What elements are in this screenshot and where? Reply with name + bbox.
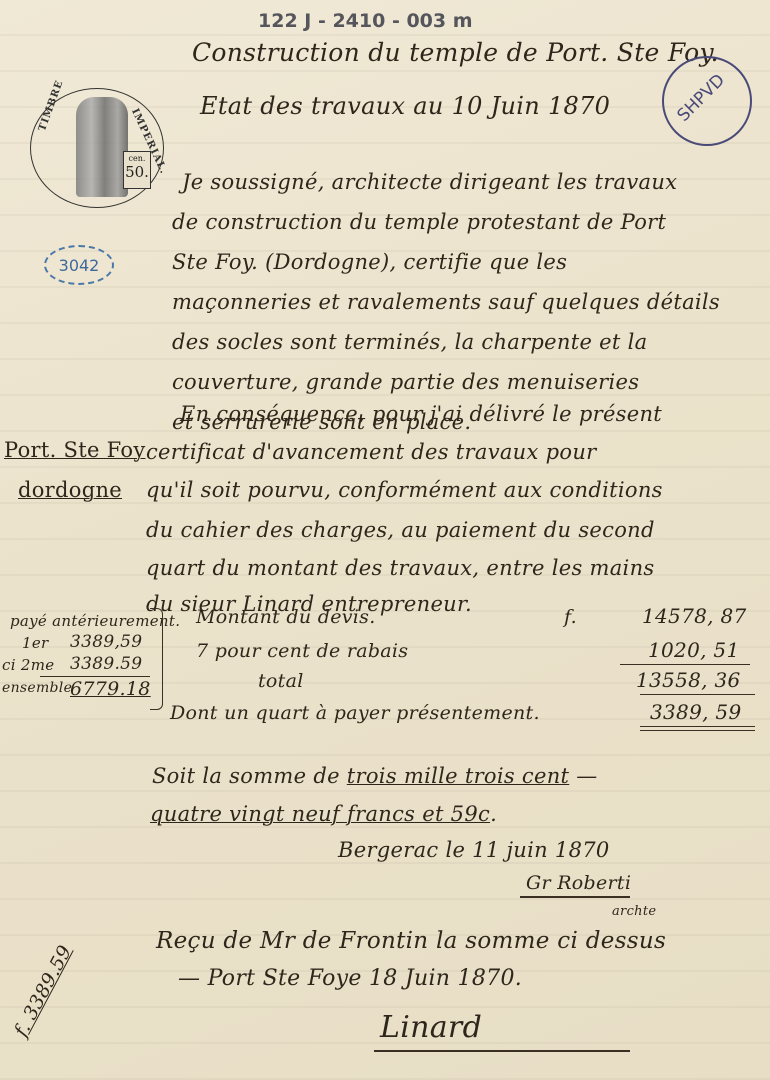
body-line: du cahier des charges, au paiement du se… — [146, 518, 655, 542]
receipt-line: — Port Ste Foye 18 Juin 1870. — [178, 966, 522, 991]
side-note-total: 6779.18 — [70, 678, 151, 700]
stamp-unit: cen. — [124, 154, 150, 163]
document-title: Construction du temple de Port. Ste Foy. — [192, 38, 719, 67]
body-line: certificat d'avancement des travaux pour — [146, 440, 596, 464]
currency-symbol: f. — [564, 606, 577, 628]
body-line: maçonneries et ravalements sauf quelques… — [172, 290, 720, 314]
stamp-value: 50. — [124, 163, 150, 181]
account-amount: 14578, 87 — [642, 604, 747, 628]
body-line: des socles sont terminés, la charpente e… — [172, 330, 647, 354]
side-note-label: 1er — [22, 634, 49, 652]
account-label: total — [258, 670, 304, 692]
shpvd-stamp-text: SHPVD — [674, 70, 730, 126]
account-label: Dont un quart à payer présentement. — [170, 702, 540, 724]
shpvd-round-stamp: SHPVD — [662, 56, 752, 146]
side-note-amount: 3389.59 — [70, 654, 142, 674]
side-note-label: ci 2me — [2, 656, 54, 674]
archive-number-stamp: 3042 — [44, 245, 114, 285]
sum-prefix: Soit la somme de — [152, 764, 347, 788]
margin-note-department: dordogne — [18, 478, 122, 502]
sum-in-words-line2: quatre vingt neuf francs et 59c. — [150, 802, 497, 826]
sum-words-underlined: trois mille trois cent — [347, 764, 570, 788]
side-note-bracket — [150, 608, 163, 710]
body-line: quart du montant des travaux, entre les … — [146, 556, 654, 580]
sum-in-words-line1: Soit la somme de trois mille trois cent … — [152, 764, 598, 788]
sum-dash: — — [569, 764, 597, 788]
body-line: En conséquence, pour j'ai délivré le pré… — [180, 402, 662, 426]
sum-words-underlined: quatre vingt neuf francs et 59c — [150, 802, 490, 826]
body-line: Ste Foy. (Dordogne), certifie que les — [172, 250, 567, 274]
account-rule — [640, 694, 755, 695]
side-note-rule — [40, 676, 150, 677]
body-line: couverture, grande partie des menuiserie… — [172, 370, 639, 394]
justice-figure-icon — [76, 97, 128, 197]
archive-reference: 122 J - 2410 - 003 m — [258, 10, 473, 32]
account-amount: 3389, 59 — [650, 700, 741, 724]
account-double-rule — [640, 730, 755, 731]
archive-number: 3042 — [59, 256, 100, 275]
margin-note-place: Port. Ste Foy — [4, 438, 146, 462]
account-double-rule — [640, 726, 755, 727]
contractor-signature-underline — [374, 1050, 630, 1052]
body-line: qu'il soit pourvu, conformément aux cond… — [146, 478, 663, 502]
timbre-imperial-stamp: TIMBRE IMPERIAL. cen. 50. — [30, 88, 164, 208]
architect-signature: Gr Roberti — [526, 872, 631, 894]
account-amount: 1020, 51 — [648, 638, 739, 662]
architect-role: archte — [612, 904, 656, 919]
account-label: 7 pour cent de rabais — [196, 640, 408, 662]
account-label: Montant du devis. — [196, 606, 376, 628]
stamp-value-box: cen. 50. — [123, 151, 151, 189]
place-date: Bergerac le 11 juin 1870 — [338, 838, 610, 862]
side-note-amount: 3389,59 — [70, 632, 142, 652]
receipt-line: Reçu de Mr de Frontin la somme ci dessus — [156, 928, 666, 954]
side-note-label: ensemble — [2, 680, 72, 696]
contractor-signature: Linard — [380, 1010, 482, 1045]
account-amount: 13558, 36 — [636, 668, 741, 692]
sum-period: . — [490, 802, 497, 826]
document-subtitle: Etat des travaux au 10 Juin 1870 — [200, 92, 610, 120]
account-rule — [620, 664, 750, 665]
signature-flourish — [520, 896, 630, 898]
body-line: de construction du temple protestant de … — [172, 210, 666, 234]
body-line: Je soussigné, architecte dirigeant les t… — [182, 170, 677, 194]
